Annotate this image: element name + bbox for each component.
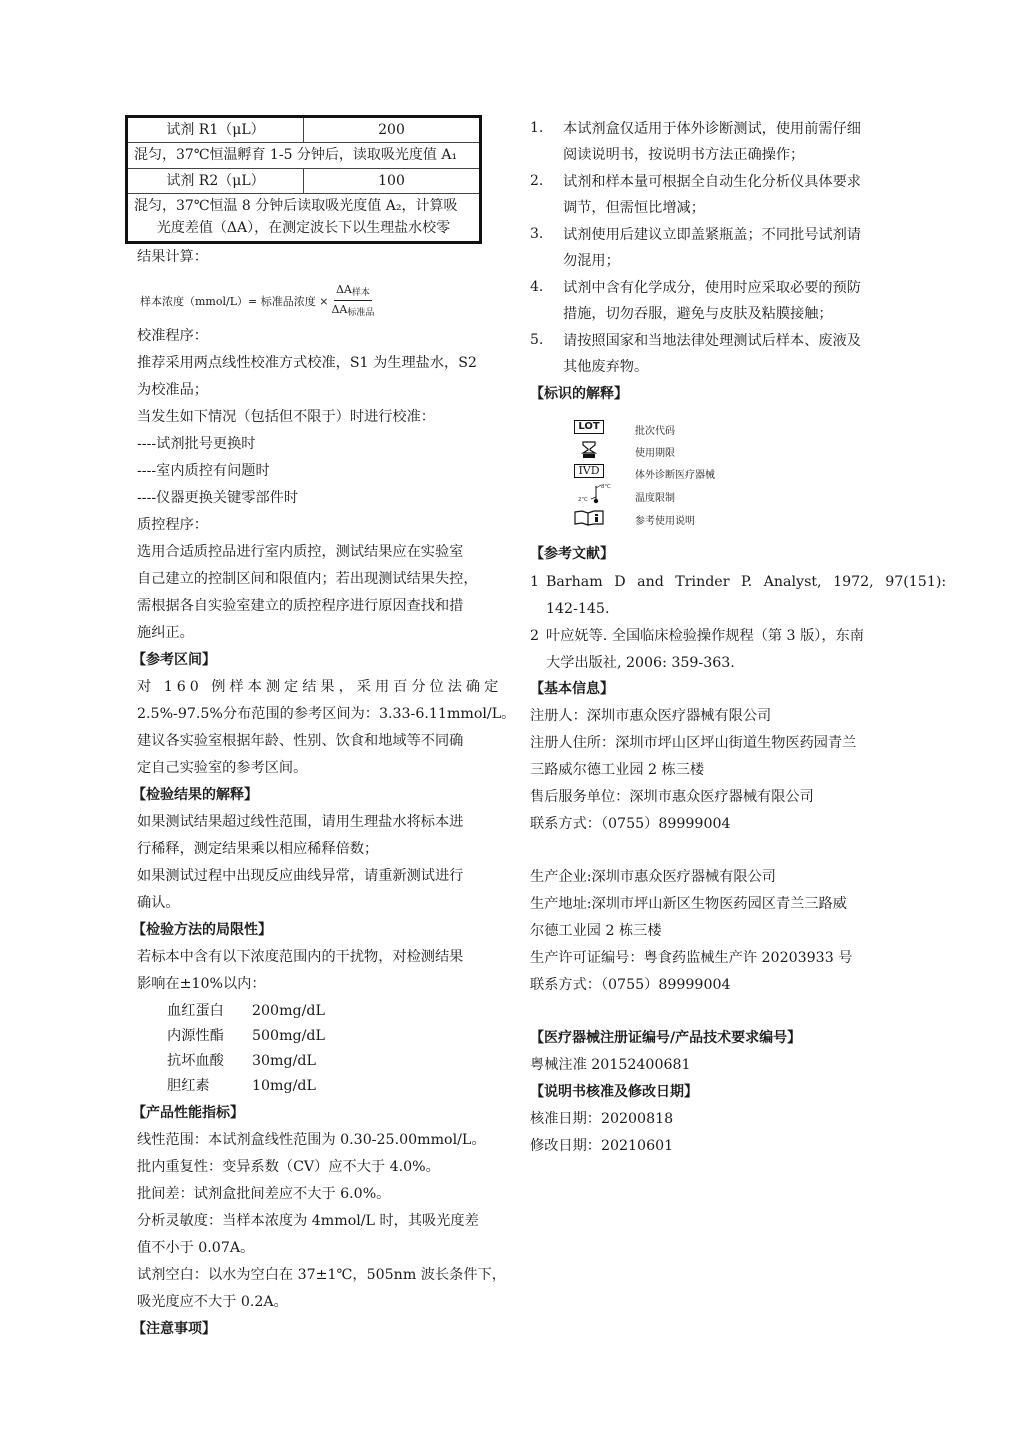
basic-info-line: 联系方式：（0755）89999004	[530, 815, 731, 833]
table-row: 混匀，37℃恒温 8 分钟后读取吸光度值 A₂，计算吸 光度差值（ΔA），在测定…	[128, 194, 479, 241]
reference-range-line: 建议各实验室根据年龄、性别、饮食和地域等不同确	[137, 732, 463, 750]
limitations-line: 若标本中含有以下浓度范围内的干扰物，对检测结果	[137, 948, 463, 966]
qc-line: 选用合适质控品进行室内质控，测试结果应在实验室	[137, 543, 463, 561]
symbol-row	[570, 510, 608, 526]
symbol-row	[570, 441, 608, 459]
symbol-label: 使用期限	[635, 444, 675, 459]
dates-heading: 【说明书核准及修改日期】	[530, 1083, 698, 1101]
thermometer-icon: 8℃ 2℃	[570, 482, 618, 506]
table-cell-step: 混匀，37℃恒温孵育 1-5 分钟后，读取吸光度值 A₁	[128, 143, 479, 168]
table-row: 试剂 R1（μL） 200	[128, 118, 479, 143]
interferent-name: 胆红素	[167, 1077, 210, 1095]
reference-line: 142-145.	[546, 600, 609, 618]
registration-value: 粤械注准 20152400681	[530, 1056, 691, 1074]
manufacturer-line: 联系方式：（0755）89999004	[530, 976, 731, 994]
precautions-heading: 【注意事项】	[132, 1320, 216, 1338]
formula-lhs: 样本浓度（mmol/L）= 标准品浓度 ×	[140, 293, 328, 309]
symbols-heading: 【标识的解释】	[530, 385, 628, 403]
reagent-table: 试剂 R1（μL） 200 混匀，37℃恒温孵育 1-5 分钟后，读取吸光度值 …	[125, 115, 482, 244]
precaution-number: 2.	[530, 173, 543, 189]
manufacturer-line: 尔德工业园 2 栋三楼	[530, 922, 662, 940]
basic-info-heading: 【基本信息】	[530, 680, 614, 698]
precaution-line: 试剂中含有化学成分，使用时应采取必要的预防	[563, 279, 861, 297]
table-row: 混匀，37℃恒温孵育 1-5 分钟后，读取吸光度值 A₁	[128, 143, 479, 169]
table-cell-label: 试剂 R1（μL）	[128, 118, 303, 142]
formula-denominator-sub: 标准品	[347, 308, 374, 318]
precaution-line: 调节，但需恒比增减；	[563, 199, 705, 217]
interpretation-line: 如果测试结果超过线性范围，请用生理盐水将标本进	[137, 813, 463, 831]
calibration-line: 为校准品；	[137, 381, 208, 399]
symbol-row: IVD	[570, 464, 608, 478]
approval-date: 核准日期：20200818	[530, 1110, 673, 1128]
calibration-heading: 校准程序：	[137, 327, 208, 345]
table-cell-value: 200	[303, 118, 479, 142]
manufacturer-line: 生产地址:深圳市坪山新区生物医药园区青兰三路威	[530, 895, 847, 913]
precaution-line: 措施，切勿吞服，避免与皮肤及粘膜接触；	[563, 305, 833, 323]
performance-line: 批间差：试剂盒批间差应不大于 6.0%。	[137, 1185, 390, 1203]
interpretation-line: 如果测试过程中出现反应曲线异常，请重新测试进行	[137, 867, 463, 885]
symbol-row: LOT	[570, 420, 608, 434]
calibration-line: ----仪器更换关键零部件时	[137, 489, 298, 507]
interpretation-line: 行稀释，测定结果乘以相应稀释倍数；	[137, 840, 378, 858]
interferent-name: 血红蛋白	[167, 1002, 224, 1020]
precaution-number: 1.	[530, 120, 543, 136]
precaution-line: 其他废弃物。	[563, 358, 648, 376]
table-cell-value: 100	[303, 169, 479, 193]
symbol-row: 8℃ 2℃	[570, 482, 618, 506]
reference-line: 大学出版社, 2006: 359-363.	[546, 654, 735, 672]
precaution-line: 请按照国家和当地法律处理测试后样本、废液及	[563, 332, 861, 350]
calibration-line: 推荐采用两点线性校准方式校准，S1 为生理盐水，S2	[137, 354, 477, 372]
qc-line: 自己建立的控制区间和限值内；若出现测试结果失控，	[137, 570, 478, 588]
table-cell-step: 混匀，37℃恒温 8 分钟后读取吸光度值 A₂，计算吸	[128, 194, 479, 217]
calc-formula: 样本浓度（mmol/L）= 标准品浓度 × ΔA样本 ΔA标准品	[140, 283, 374, 318]
table-cell-step-cont: 光度差值（ΔA），在测定波长下以生理盐水校零	[128, 217, 479, 241]
interferent-name: 内源性酯	[167, 1027, 224, 1045]
basic-info-line: 三路威尔德工业园 2 栋三楼	[530, 761, 704, 779]
interpretation-heading: 【检验结果的解释】	[132, 786, 258, 804]
performance-line: 批内重复性：变异系数（CV）应不大于 4.0%。	[137, 1158, 440, 1176]
basic-info-line: 注册人住所：深圳市坪山区坪山街道生物医药园青兰	[530, 734, 856, 752]
interferent-value: 10mg/dL	[252, 1077, 316, 1095]
limitations-line: 影响在±10%以内：	[137, 975, 266, 993]
symbol-label: 温度限制	[635, 489, 675, 504]
interferent-value: 30mg/dL	[252, 1052, 316, 1070]
precaution-line: 试剂使用后建议立即盖紧瓶盖；不同批号试剂请	[563, 226, 861, 244]
svg-text:2℃: 2℃	[578, 496, 588, 503]
reference-line: 叶应妩等. 全国临床检验操作规程（第 3 版），东南	[546, 627, 864, 645]
references-heading: 【参考文献】	[530, 545, 614, 563]
formula-numerator-sub: 样本	[352, 288, 370, 298]
lot-icon: LOT	[574, 420, 603, 434]
performance-line: 分析灵敏度：当样本浓度为 4mmol/L 时，其吸光度差	[137, 1212, 479, 1230]
precaution-number: 3.	[530, 226, 543, 242]
qc-heading: 质控程序：	[137, 516, 208, 534]
precaution-line: 勿混用；	[563, 252, 620, 270]
performance-line: 值不小于 0.07A。	[137, 1239, 254, 1257]
interferent-value: 500mg/dL	[252, 1027, 325, 1045]
interferent-name: 抗坏血酸	[167, 1052, 224, 1070]
manufacturer-line: 生产企业:深圳市惠众医疗器械有限公司	[530, 868, 776, 886]
qc-line: 施纠正。	[137, 624, 194, 642]
svg-text:8℃: 8℃	[601, 483, 611, 490]
performance-line: 试剂空白：以水为空白在 37±1℃，505nm 波长条件下，	[137, 1266, 506, 1284]
performance-line: 吸光度应不大于 0.2A。	[137, 1293, 288, 1311]
interferent-value: 200mg/dL	[252, 1002, 325, 1020]
basic-info-line: 售后服务单位：深圳市惠众医疗器械有限公司	[530, 788, 814, 806]
precaution-number: 5.	[530, 332, 543, 348]
qc-line: 需根据各自实验室建立的质控程序进行原因查找和措	[137, 597, 463, 615]
precaution-line: 试剂和样本量可根据全自动生化分析仪具体要求	[563, 173, 861, 191]
calibration-line: ----试剂批号更换时	[137, 435, 256, 453]
reference-line: Barham D and Trinder P. Analyst, 1972, 9…	[546, 573, 889, 591]
calc-heading: 结果计算：	[137, 248, 208, 266]
reference-range-line: 对 160 例样本测定结果，采用百分位法确定	[137, 678, 493, 696]
precaution-line: 阅读说明书，按说明书方法正确操作；	[563, 146, 804, 164]
symbol-label: 体外诊断医疗器械	[635, 466, 715, 481]
calibration-line: 当发生如下情况（包括但不限于）时进行校准：	[137, 408, 435, 426]
symbol-label: 批次代码	[635, 422, 675, 437]
precaution-number: 4.	[530, 279, 543, 295]
limitations-heading: 【检验方法的局限性】	[132, 921, 272, 939]
reference-range-line: 2.5%-97.5%分布范围的参考区间为：3.33-6.11mmol/L。	[137, 705, 515, 723]
symbol-label: 参考使用说明	[635, 512, 695, 527]
performance-heading: 【产品性能指标】	[132, 1104, 244, 1122]
formula-fraction: ΔA样本 ΔA标准品	[331, 283, 374, 318]
reference-number: 1	[530, 573, 539, 591]
basic-info-line: 注册人：深圳市惠众医疗器械有限公司	[530, 707, 771, 725]
reference-range-heading: 【参考区间】	[132, 651, 216, 669]
ivd-icon: IVD	[574, 464, 603, 478]
interpretation-line: 确认。	[137, 894, 180, 912]
book-info-icon	[570, 510, 608, 526]
precaution-line: 本试剂盒仅适用于体外诊断测试，使用前需仔细	[563, 120, 861, 138]
table-row: 试剂 R2（μL） 100	[128, 169, 479, 194]
formula-denominator: ΔA	[331, 303, 347, 316]
calibration-line: ----室内质控有问题时	[137, 462, 270, 480]
performance-line: 线性范围：本试剂盒线性范围为 0.30-25.00mmol/L。	[137, 1131, 486, 1149]
table-cell-label: 试剂 R2（μL）	[128, 169, 303, 193]
registration-heading: 【医疗器械注册证编号/产品技术要求编号】	[530, 1029, 801, 1047]
reference-number: 2	[530, 627, 539, 645]
hourglass-icon	[570, 441, 608, 459]
modification-date: 修改日期：20210601	[530, 1137, 673, 1155]
formula-numerator: ΔA	[336, 283, 352, 296]
reference-range-line: 定自己实验室的参考区间。	[137, 759, 307, 777]
manufacturer-line: 生产许可证编号：粤食药监械生产许 20203933 号	[530, 949, 852, 967]
